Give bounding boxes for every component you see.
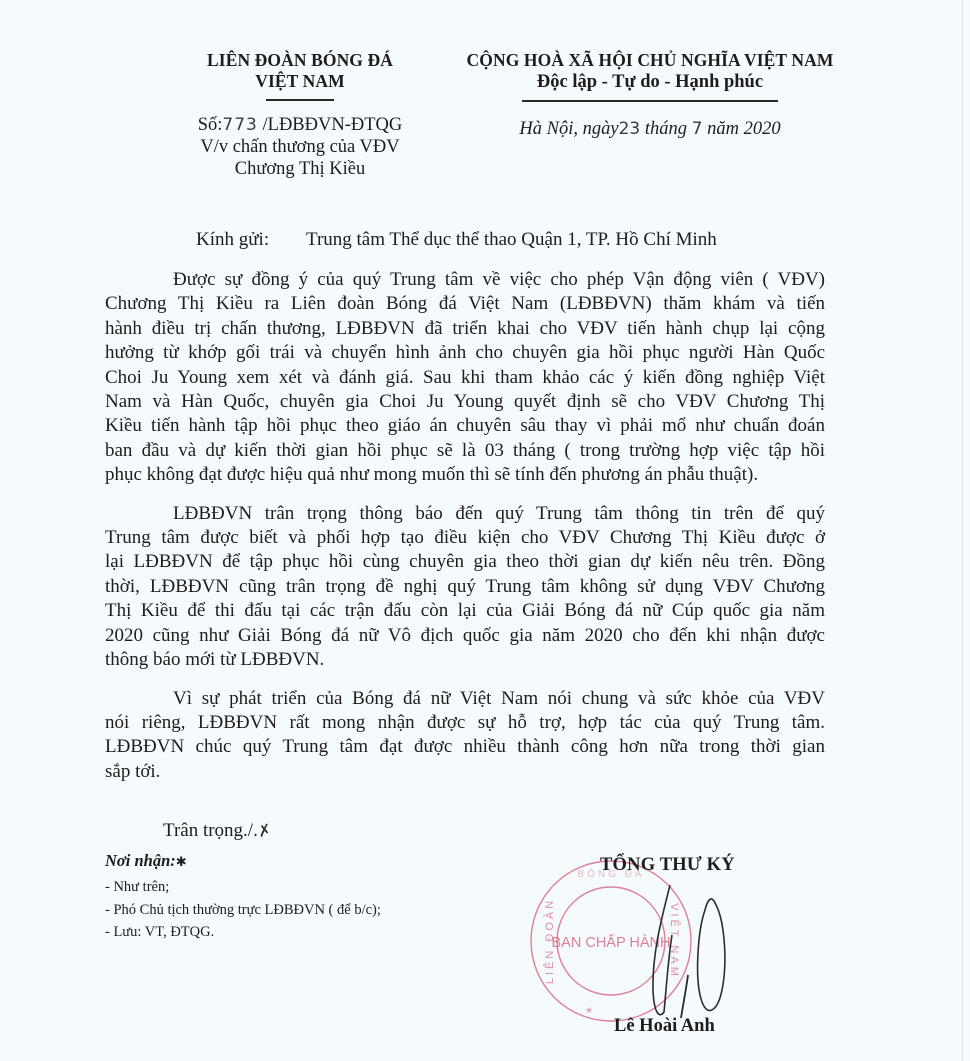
doc-number-prefix: Số: — [198, 115, 223, 135]
body-line: Trung tâm được biết và phối hợp tạo điều… — [105, 526, 825, 550]
national-motto: Độc lập - Tự do - Hạnh phúc — [440, 71, 860, 93]
body-line: thông báo mới từ LĐBĐVN. — [105, 648, 825, 672]
svg-text:LIÊN ĐOÀN: LIÊN ĐOÀN — [543, 898, 556, 984]
body-line: Chương Thị Kiều ra Liên đoàn Bóng đá Việ… — [105, 292, 825, 316]
body-line: ban đầu và dự kiến thời gian hồi phục sẽ… — [105, 439, 825, 463]
body-line: Kiều tiến hành tập hồi phục theo giáo án… — [105, 414, 825, 438]
header-divider-left — [266, 99, 334, 101]
date-place: Hà Nội, ngày — [519, 119, 618, 139]
closing: Trân trọng./.✗ — [163, 820, 271, 842]
closing-text: Trân trọng./. — [163, 820, 258, 841]
distribution-title-text: Nơi nhận: — [105, 851, 176, 870]
body-line: Được sự đồng ý của quý Trung tâm về việc… — [105, 268, 825, 292]
doc-number-suffix: /LĐBĐVN-ĐTQG — [258, 115, 402, 135]
date-month-label: tháng — [640, 119, 691, 139]
body-paragraph: Được sự đồng ý của quý Trung tâm về việc… — [105, 268, 825, 488]
initial-mark-icon: ✱ — [176, 855, 187, 870]
body-line: hưởng từ khớp gối trái và chuyển hình ản… — [105, 341, 825, 365]
body-paragraph: Vì sự phát triển của Bóng đá nữ Việt Nam… — [105, 687, 825, 785]
doc-number-handwritten: 773 — [222, 115, 257, 135]
distribution-title: Nơi nhận:✱ — [105, 851, 381, 873]
signatory-name: Lê Hoài Anh — [614, 1015, 715, 1037]
recipient-value: Trung tâm Thể dục thể thao Quận 1, TP. H… — [306, 229, 717, 250]
document-number: Số:773 /LĐBĐVN-ĐTQG — [150, 114, 450, 136]
distribution-item: - Lưu: VT, ĐTQG. — [105, 921, 381, 944]
body-line: LĐBĐVN trân trọng thông báo đến quý Trun… — [105, 502, 825, 526]
distribution-items: - Như trên;- Phó Chủ tịch thường trực LĐ… — [105, 876, 381, 944]
body-line: LĐBĐVN chúc quý Trung tâm đạt được nhiều… — [105, 735, 825, 759]
body-line: phục không đạt được hiệu quả như mong mu… — [105, 463, 825, 487]
body-paragraph: LĐBĐVN trân trọng thông báo đến quý Trun… — [105, 502, 825, 673]
body-line: hành điều trị chấn thương, LĐBĐVN đã tri… — [105, 317, 825, 341]
date-year: năm 2020 — [702, 119, 780, 139]
body-line: nói riêng, LĐBĐVN rất mong nhận được sự … — [105, 711, 825, 735]
letter-body: Được sự đồng ý của quý Trung tâm về việc… — [105, 268, 825, 798]
date-day-handwritten: 23 — [619, 119, 641, 139]
document-page: LIÊN ĐOÀN BÓNG ĐÁ VIỆT NAM Số:773 /LĐBĐV… — [0, 0, 970, 1061]
distribution-item: - Như trên; — [105, 876, 381, 899]
distribution-item: - Phó Chủ tịch thường trực LĐBĐVN ( để b… — [105, 899, 381, 922]
org-name-line2: VIỆT NAM — [150, 71, 450, 92]
body-line: thời, LĐBĐVN cũng trân trọng đề nghị quý… — [105, 575, 825, 599]
recipient-label: Kính gửi: — [196, 229, 306, 251]
body-line: sắp tới. — [105, 760, 825, 784]
nation-title: CỘNG HOÀ XÃ HỘI CHỦ NGHĨA VIỆT NAM — [440, 50, 860, 71]
body-line: Choi Ju Young xem xét và đánh giá. Sau k… — [105, 366, 825, 390]
scan-edge — [962, 0, 963, 1061]
date-line: Hà Nội, ngày23 tháng 7 năm 2020 — [440, 118, 860, 140]
org-name-line1: LIÊN ĐOÀN BÓNG ĐÁ — [150, 50, 450, 71]
header-divider-right — [522, 100, 778, 102]
signatory-title: TỔNG THƯ KÝ — [600, 854, 735, 876]
handwritten-signature-icon — [650, 880, 760, 1020]
body-line: Vì sự phát triển của Bóng đá nữ Việt Nam… — [105, 687, 825, 711]
body-line: Thị Kiều để thi đấu tại các trận đấu còn… — [105, 599, 825, 623]
date-month-handwritten: 7 — [692, 119, 703, 139]
recipient-line: Kính gửi:Trung tâm Thể dục thể thao Quận… — [196, 229, 717, 251]
body-line: Nam và Hàn Quốc, chuyên gia Choi Ju Youn… — [105, 390, 825, 414]
initial-mark-icon: ✗ — [256, 819, 274, 843]
subject-line2: Chương Thị Kiều — [150, 158, 450, 180]
national-header: CỘNG HOÀ XÃ HỘI CHỦ NGHĨA VIỆT NAM Độc l… — [440, 50, 860, 140]
body-line: 2020 cũng như Giải Bóng đá nữ Vô địch qu… — [105, 624, 825, 648]
issuer-header: LIÊN ĐOÀN BÓNG ĐÁ VIỆT NAM Số:773 /LĐBĐV… — [150, 50, 450, 180]
svg-text:★: ★ — [585, 1006, 593, 1016]
distribution-list: Nơi nhận:✱ - Như trên;- Phó Chủ tịch thư… — [105, 851, 381, 944]
subject-line1: V/v chấn thương của VĐV — [150, 136, 450, 158]
body-line: lại LĐBĐVN để tập phục hồi cùng chuyên g… — [105, 550, 825, 574]
